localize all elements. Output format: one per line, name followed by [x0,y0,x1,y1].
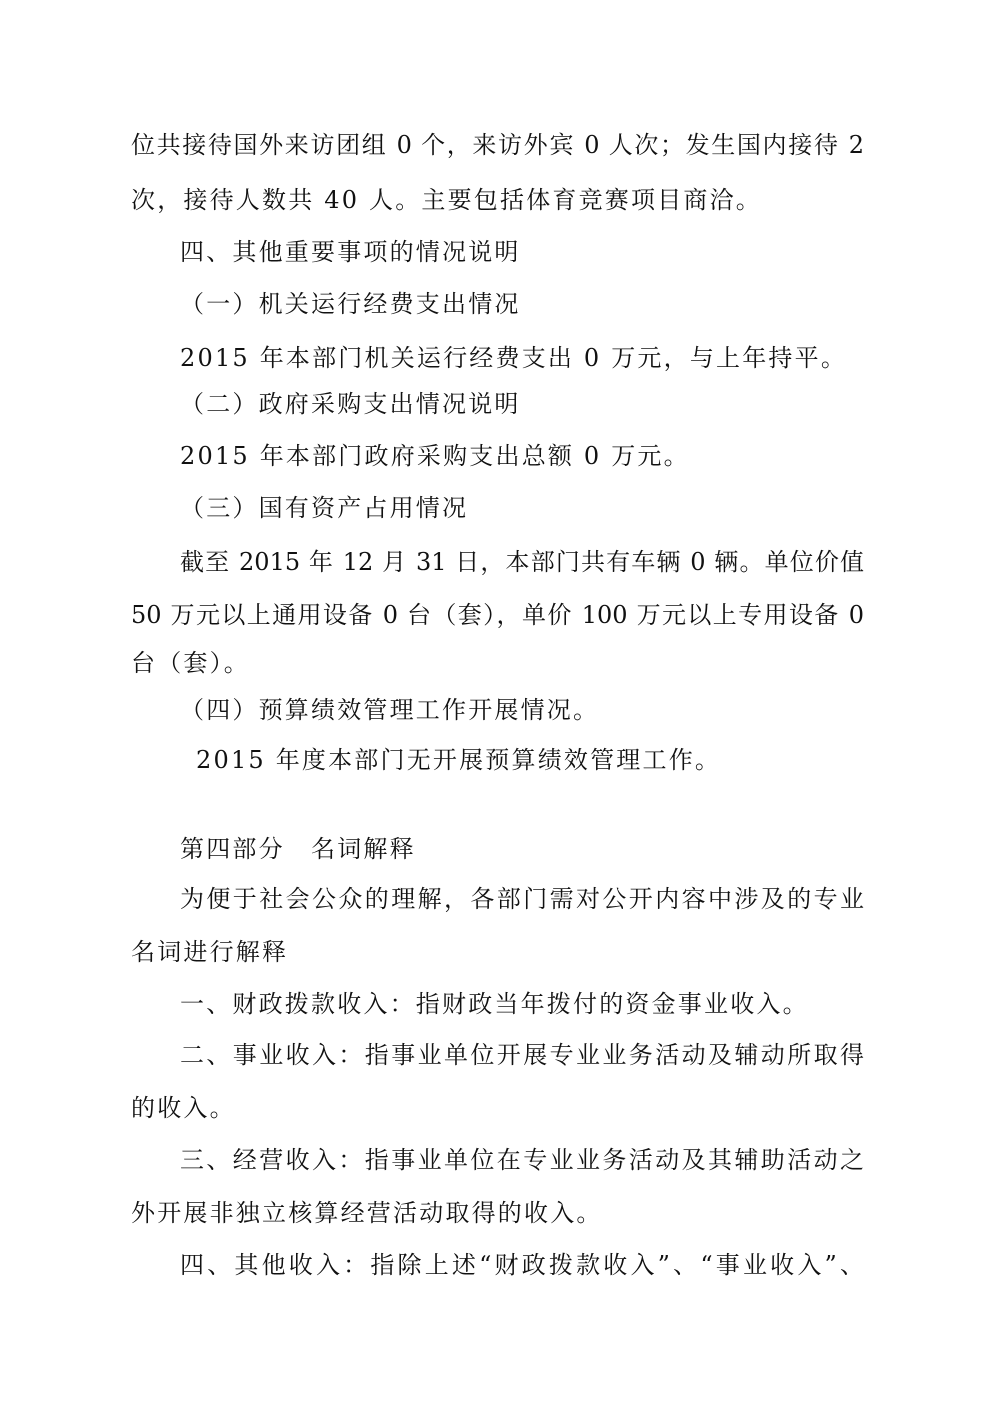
text-line: 外开展非独立核算经营活动取得的收入。 [131,1198,603,1228]
text-line: 截至 2015 年 12 月 31 日，本部门共有车辆 0 辆。单位价值 [180,547,864,577]
section-heading: 四、其他重要事项的情况说明 [180,237,521,267]
text-line: 的收入。 [131,1093,236,1123]
text-line: 位共接待国外来访团组 0 个，来访外宾 0 人次；发生国内接待 2 [131,130,864,160]
document-page: 位共接待国外来访团组 0 个，来访外宾 0 人次；发生国内接待 2 次，接待人数… [0,0,992,1403]
subsection-heading: （一）机关运行经费支出情况 [180,289,521,319]
definition-item: 一、财政拨款收入：指财政当年拨付的资金事业收入。 [180,989,809,1019]
subsection-heading: （三）国有资产占用情况 [180,493,468,523]
text-line: 2015 年本部门政府采购支出总额 0 万元。 [180,441,690,471]
text-line: 台（套）。 [131,648,250,678]
subsection-heading: （四）预算绩效管理工作开展情况。 [180,695,599,725]
text-line: 50 万元以上通用设备 0 台（套），单价 100 万元以上专用设备 0 [131,600,864,630]
definition-item: 二、事业收入：指事业单位开展专业业务活动及辅动所取得 [180,1040,864,1070]
definition-item: 三、经营收入：指事业单位在专业业务活动及其辅助活动之 [180,1145,864,1175]
text-line: 2015 年本部门机关运行经费支出 0 万元，与上年持平。 [180,343,847,373]
text-line: 为便于社会公众的理解，各部门需对公开内容中涉及的专业 [180,884,864,914]
definition-item: 四、其他收入：指除上述“财政拨款收入”、“事业收入”、 [180,1250,864,1280]
text-line: 名词进行解释 [131,937,288,967]
part-heading: 第四部分 名词解释 [180,834,416,864]
text-line: 2015 年度本部门无开展预算绩效管理工作。 [196,745,721,775]
text-line: 次，接待人数共 40 人。主要包括体育竞赛项目商洽。 [131,185,762,215]
subsection-heading: （二）政府采购支出情况说明 [180,389,521,419]
